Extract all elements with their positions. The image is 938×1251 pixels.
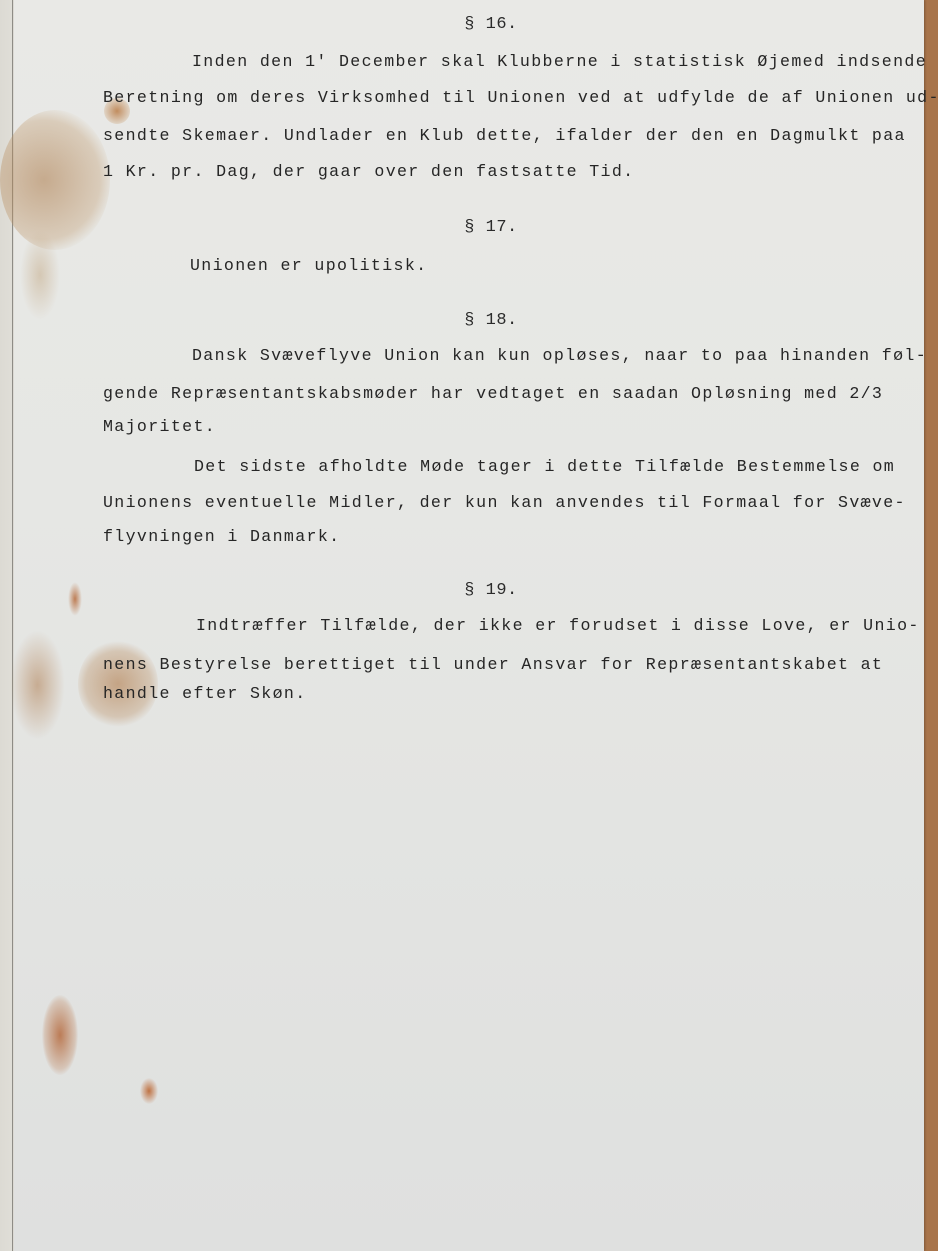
- text-line: Det sidste afholdte Møde tager i dette T…: [194, 457, 895, 476]
- document-text: § 16. Inden den 1' December skal Klubber…: [0, 0, 938, 1251]
- text-line: Dansk Svæveflyve Union kan kun opløses, …: [192, 346, 927, 365]
- section-heading: § 16.: [22, 15, 938, 34]
- text-line: flyvningen i Danmark.: [103, 527, 340, 546]
- section-heading: § 17.: [22, 218, 938, 237]
- section-heading: § 18.: [22, 311, 938, 330]
- text-line: handle efter Skøn.: [103, 684, 307, 703]
- text-line: Unionens eventuelle Midler, der kun kan …: [103, 493, 906, 512]
- text-line: Beretning om deres Virksomhed til Unione…: [103, 88, 938, 107]
- text-line: Indtræffer Tilfælde, der ikke er forudse…: [196, 616, 920, 635]
- text-line: 1 Kr. pr. Dag, der gaar over den fastsat…: [103, 162, 634, 181]
- text-line: Majoritet.: [103, 417, 216, 436]
- text-line: Unionen er upolitisk.: [190, 256, 427, 275]
- text-line: gende Repræsentantskabsmøder har vedtage…: [103, 384, 883, 403]
- text-line: sendte Skemaer. Undlader en Klub dette, …: [103, 126, 906, 145]
- section-heading: § 19.: [22, 581, 938, 600]
- text-line: nens Bestyrelse berettiget til under Ans…: [103, 655, 883, 674]
- text-line: Inden den 1' December skal Klubberne i s…: [192, 52, 927, 71]
